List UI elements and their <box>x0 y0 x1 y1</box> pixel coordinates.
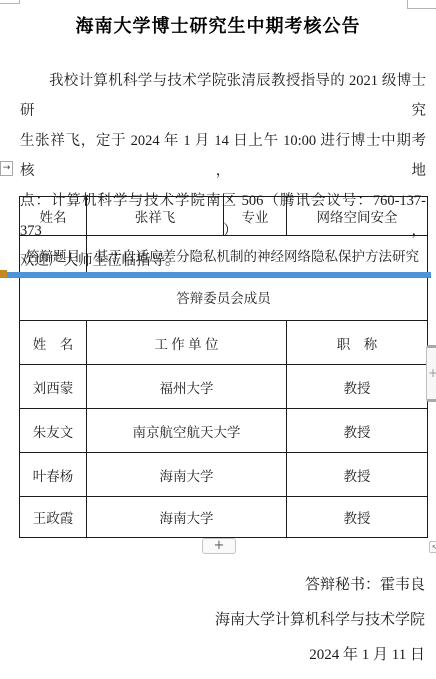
committee-header-name: 姓 名 <box>20 321 87 365</box>
member-affiliation-cell: 海南大学 <box>87 453 287 497</box>
major-value-cell: 网络空间安全 <box>287 197 428 236</box>
page-corner-mark-top-left <box>0 0 20 4</box>
table-header-row: 姓 名 工 作 单 位 职 称 <box>20 321 428 365</box>
member-affiliation-cell: 南京航空航天大学 <box>87 409 287 453</box>
table-row: 答辩委员会成员 <box>20 274 428 321</box>
anchor-icon[interactable]: → <box>0 161 13 176</box>
member-title-cell: 教授 <box>287 497 428 538</box>
add-column-button[interactable]: + <box>426 345 436 402</box>
committee-header-title: 职 称 <box>287 321 428 365</box>
major-label-cell: 专业 <box>224 197 287 236</box>
committee-header-affiliation: 工 作 单 位 <box>87 321 287 365</box>
table-row: 答辩题目 基于自适应差分隐私机制的神经网络隐私保护方法研究 <box>20 236 428 274</box>
table-border-drag-nub[interactable] <box>0 270 7 278</box>
member-name-cell: 刘西蒙 <box>20 365 87 409</box>
table-row: 姓名 张祥飞 专业 网络空间安全 <box>20 197 428 236</box>
table-resize-handle-icon[interactable]: ↖ <box>429 541 436 553</box>
intro-line: 生张祥飞，定于 2024 年 1 月 14 日上午 10:00 进行博士中期考核… <box>20 126 426 186</box>
table-border-guide-line <box>3 277 431 279</box>
signature-block: 答辩秘书：霍韦良 海南大学计算机科学与技术学院 2024 年 1 月 11 日 <box>45 568 425 673</box>
add-row-button[interactable]: + <box>202 538 236 554</box>
department-line: 海南大学计算机科学与技术学院 <box>45 603 425 638</box>
member-name-cell: 朱友文 <box>20 409 87 453</box>
assessment-table: 姓名 张祥飞 专业 网络空间安全 答辩题目 基于自适应差分隐私机制的神经网络隐私… <box>19 196 428 538</box>
member-title-cell: 教授 <box>287 365 428 409</box>
page-title: 海南大学博士研究生中期考核公告 <box>0 12 436 38</box>
page-corner-mark-top-right <box>407 0 436 9</box>
committee-row: 刘西蒙 福州大学 教授 <box>20 365 428 409</box>
document-page: 海南大学博士研究生中期考核公告 我校计算机科学与技术学院张清辰教授指导的 202… <box>0 0 436 679</box>
committee-row: 朱友文 南京航空航天大学 教授 <box>20 409 428 453</box>
member-title-cell: 教授 <box>287 453 428 497</box>
member-title-cell: 教授 <box>287 409 428 453</box>
member-name-cell: 叶春杨 <box>20 453 87 497</box>
committee-section-title-cell: 答辩委员会成员 <box>20 274 428 321</box>
topic-label-cell: 答辩题目 <box>20 236 87 274</box>
topic-value-cell: 基于自适应差分隐私机制的神经网络隐私保护方法研究 <box>87 236 428 274</box>
name-value-cell: 张祥飞 <box>87 197 224 236</box>
member-name-cell: 王政霞 <box>20 497 87 538</box>
name-label-cell: 姓名 <box>20 197 87 236</box>
committee-row: 叶春杨 海南大学 教授 <box>20 453 428 497</box>
member-affiliation-cell: 福州大学 <box>87 365 287 409</box>
date-line: 2024 年 1 月 11 日 <box>45 638 425 673</box>
committee-row: 王政霞 海南大学 教授 <box>20 497 428 538</box>
member-affiliation-cell: 海南大学 <box>87 497 287 538</box>
intro-line: 我校计算机科学与技术学院张清辰教授指导的 2021 级博士研究 <box>20 66 426 126</box>
secretary-line: 答辩秘书：霍韦良 <box>45 568 425 603</box>
